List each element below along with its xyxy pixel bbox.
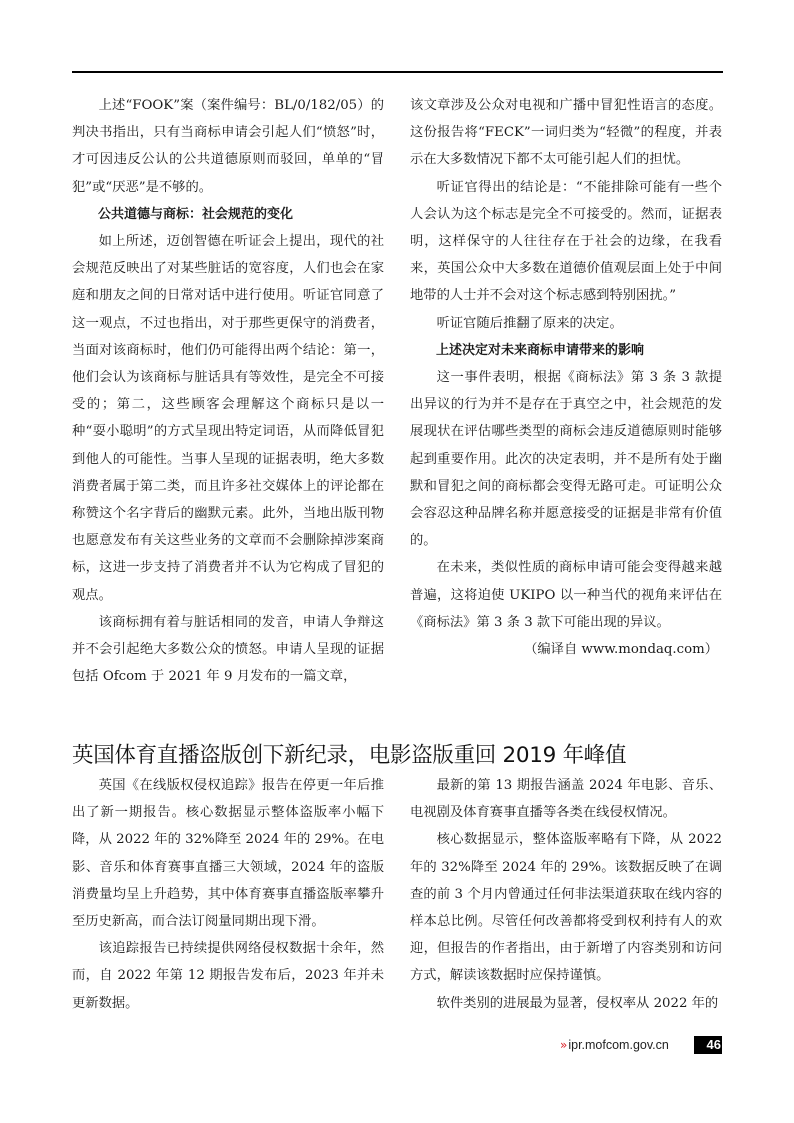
paragraph: 最新的第 13 期报告涵盖 2024 年电影、音乐、电视剧及体育赛事直播等各类在…: [410, 772, 722, 826]
paragraph: 该商标拥有着与脏话相同的发音，申请人争辩这并不会引起绝大多数公众的愤怒。申请人呈…: [72, 609, 384, 691]
section-heading: 公共道德与商标：社会规范的变化: [72, 201, 384, 228]
chevron-right-icon: »: [560, 1038, 565, 1052]
paragraph: 听证官随后推翻了原来的决定。: [410, 310, 722, 337]
page-footer: » ipr.mofcom.gov.cn: [560, 1035, 669, 1055]
page-number: 46: [694, 1036, 722, 1054]
paragraph: 在未来，类似性质的商标申请可能会变得越来越普遍，这将迫使 UKIPO 以一种当代…: [410, 554, 722, 636]
paragraph: 该文章涉及公众对电视和广播中冒犯性语言的态度。这份报告将“FECK”一词归类为“…: [410, 92, 722, 174]
paragraph: 如上所述，迈创智德在听证会上提出，现代的社会规范反映出了对某些脏话的宽容度，人们…: [72, 228, 384, 609]
paragraph: 上述“FOOK”案（案件编号：BL/0/182/05）的判决书指出，只有当商标申…: [72, 92, 384, 201]
paragraph: 英国《在线版权侵权追踪》报告在停更一年后推出了新一期报告。核心数据显示整体盗版率…: [72, 772, 384, 935]
article2-right-column: 最新的第 13 期报告涵盖 2024 年电影、音乐、电视剧及体育赛事直播等各类在…: [410, 772, 722, 1017]
article1-left-column: 上述“FOOK”案（案件编号：BL/0/182/05）的判决书指出，只有当商标申…: [72, 92, 384, 690]
source-citation: （编译自 www.mondaq.com）: [410, 636, 722, 663]
paragraph: 该追踪报告已持续提供网络侵权数据十余年，然而，自 2022 年第 12 期报告发…: [72, 935, 384, 1017]
header-rule: [72, 71, 723, 73]
paragraph: 软件类别的进展最为显著，侵权率从 2022 年的: [410, 990, 722, 1017]
section-heading: 上述决定对未来商标申请带来的影响: [410, 337, 722, 364]
paragraph: 核心数据显示，整体盗版率略有下降，从 2022 年的 32%降至 2024 年的…: [410, 826, 722, 989]
article2-left-column: 英国《在线版权侵权追踪》报告在停更一年后推出了新一期报告。核心数据显示整体盗版率…: [72, 772, 384, 1017]
article-title: 英国体育直播盗版创下新纪录，电影盗版重回 2019 年峰值: [72, 738, 732, 769]
paragraph: 这一事件表明，根据《商标法》第 3 条 3 款提出异议的行为并不是存在于真空之中…: [410, 364, 722, 554]
footer-site-link[interactable]: ipr.mofcom.gov.cn: [568, 1038, 669, 1052]
article1-right-column: 该文章涉及公众对电视和广播中冒犯性语言的态度。这份报告将“FECK”一词归类为“…: [410, 92, 722, 663]
paragraph: 听证官得出的结论是：“不能排除可能有一些个人会认为这个标志是完全不可接受的。然而…: [410, 174, 722, 310]
